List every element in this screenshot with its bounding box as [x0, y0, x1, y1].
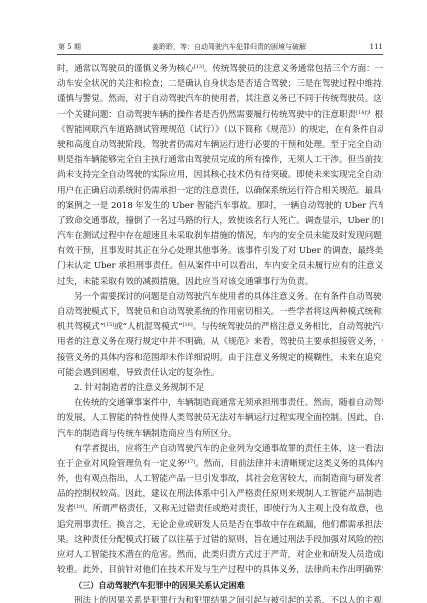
text-span: 用户在正确启动系统时仍需承担一定的注意责任，以确保系统运行符合相关规范。最具代表… [57, 186, 383, 196]
text-line: 在于企业对风险管理负有一定义务[17]。然而，目前法律并未清晰规定这类义务的具体… [57, 457, 383, 472]
running-title: 姜聆聆，等：自动驾驶汽车犯罪归责的困境与破解 [152, 42, 306, 52]
text-line: 汽车的制造商与传统车辆制造商应当有所区分。 [57, 427, 383, 442]
text-span: 汽车的制造商与传统车辆制造商应当有所区分。 [57, 429, 236, 439]
text-line: 外，也有观点指出，人工智能产品一旦引发事故，其社会危害较大，而制造商与研发者对其… [57, 472, 383, 487]
text-line: 可能会遇到困难，导致责任认定的复杂性。 [57, 366, 383, 381]
text-span: 则是指车辆能够完全自主执行通常由驾驶员完成的所有操作，无须人工干涉。但当前技术水… [57, 155, 383, 165]
text-span: 。与传统驾驶员的严格注意义务相比，自动驾驶汽车使 [193, 322, 383, 332]
text-span: 果。这种责任分配模式打破了以往基于过错的原则，旨在通过刑法手段加强对风险的控制，… [57, 535, 383, 545]
text-line: 追究刑事责任。换言之，无论企业或研发人员是否在事故中存在疏漏，他们都需承担法律后 [57, 518, 383, 533]
text-line: 果。这种责任分配模式打破了以往基于过错的原则，旨在通过刑法手段加强对风险的控制，… [57, 533, 383, 548]
text-span: 驶和高度自动驾驶阶段，驾驶者仍需对车辆运行进行必要的干预和处理。至于完全自动驾驶… [57, 140, 383, 150]
text-line: 谨慎与警觉。然而，对于自动驾驶汽车的使用者，其注意义务已不同于传统驾驶员。这引发… [57, 92, 383, 107]
text-span: 自动驾驶模式下，驾驶员和自动驾驶系统的作用密切相关。一些学者将这两种模式统称为“… [57, 307, 383, 317]
citation-ref: [18] [74, 504, 84, 510]
text-span: 门未认定 Uber 承担刑事责任。但从案件中可以看出，车内安全员未履行应有的注意… [57, 261, 383, 271]
page-number: 111 [370, 42, 383, 52]
text-line: 汽车在测试过程中存在超速且未采取刹车措施的情况，车内的安全员未能及时发现问题并采… [57, 229, 383, 244]
text-line: 接管义务的具体内容和范围却未作详细说明。由于注意义务规定的模糊性，未来在追究责任… [57, 351, 383, 366]
text-line: 另一个需要探讨的问题是自动驾驶汽车使用者的具体注意义务。在有条件自动驾驶和高度 [57, 290, 383, 305]
text-span: 可能会遇到困难，导致责任认定的复杂性。 [57, 368, 219, 378]
text-line: 时，通常以驾驶员的谨慎义务为核心[13]。传统驾驶员的注意义务通常包括三个方面：… [57, 62, 383, 77]
text-span: 动车安全状况的关注和检查；二是确认自身状态是否适合驾驶；三是在驾驶过程中维持足够… [57, 79, 383, 89]
text-line: 的案例之一是 2018 年发生的 Uber 智能汽车事故。那时，一辆自动驾驶的 … [57, 199, 383, 214]
text-line: 在传统的交通肇事案件中，车辆制造商通常无须承担刑事责任。然而，随着自动驾驶技术 [57, 396, 383, 411]
text-span: 在于企业对风险管理负有一定义务 [57, 459, 185, 469]
text-line: 一个关键问题：自动驾驶车辆的操作者是否仍然需要履行传统驾驶中的注意职责[14]？… [57, 108, 383, 123]
text-span: 外，也有观点指出，人工智能产品一旦引发事故，其社会危害较大，而制造商与研发者对其… [57, 474, 383, 484]
text-line: 了致命交通事故，撞倒了一名过马路的行人，致使该名行人死亡。调查显示，Uber 的… [57, 214, 383, 229]
text-line: 《智能网联汽车道路测试管理规范（试行）》（以下简称《规范》）的规定，在有条件自动… [57, 123, 383, 138]
citation-ref: [15] [104, 322, 114, 328]
text-span: 了致命交通事故，撞倒了一名过马路的行人，致使该名行人死亡。调查显示，Uber 的… [57, 216, 383, 226]
text-line: 的发展，人工智能的特性使得人类驾驶员无法对车辆运行过程实现全面控制。因此，自动驾… [57, 411, 383, 426]
text-span: 或“人机混驾模式” [114, 322, 183, 332]
text-span: 用者的注意义务在现行规定中并不明确。从《规范》来看，驾驶员主要承担接管义务，但对… [57, 337, 383, 347]
text-line: 有学者提出，应将生产自动驾驶汽车的企业列为交通事故罪的责任主体，这一看法的基础 [57, 442, 383, 457]
text-span: 时，通常以驾驶员的谨慎义务为核心 [57, 64, 194, 74]
article-body: 时，通常以驾驶员的谨慎义务为核心[13]。传统驾驶员的注意义务通常包括三个方面：… [57, 62, 383, 603]
text-span: 的发展，人工智能的特性使得人类驾驶员无法对车辆运行过程实现全面控制。因此，自动驾… [57, 413, 383, 423]
text-span: 一个关键问题：自动驾驶车辆的操作者是否仍然需要履行传统驾驶中的注意职责 [57, 110, 356, 120]
text-span: 汽车在测试过程中存在超速且未采取刹车措施的情况，车内的安全员未能及时发现问题并采… [57, 231, 383, 241]
text-span: 品的控制权较高。因此，建议在刑法体系中引入严格责任原则来规制人工智能产品制造者和… [57, 489, 383, 499]
text-line: 品的控制权较高。因此，建议在刑法体系中引入严格责任原则来规制人工智能产品制造者和… [57, 487, 383, 502]
text-span: 2. 针对制造者的注意义务规制不足 [74, 383, 204, 393]
text-line: 刑法上的因果关系是犯罪行为和犯罪结果之间引起与被引起的关系，不以人的主观意志为 [57, 594, 383, 603]
text-line: 发者[18]。所谓严格责任，又称无过错责任或绝对责任，即使行为人主观上没有故意，… [57, 502, 383, 517]
text-span: 。然而，目前法律并未清晰规定这类义务的具体内容。此 [195, 459, 383, 469]
text-span: 过失，未能采取有效的减损措施，因此应当对该交通肇事行为负责。 [57, 277, 313, 287]
citation-ref: [17] [185, 459, 195, 465]
citation-ref: [13] [194, 64, 204, 70]
text-span: 有学者提出，应将生产自动驾驶汽车的企业列为交通事故罪的责任主体，这一看法的基础 [74, 444, 383, 454]
text-span: 谨慎与警觉。然而，对于自动驾驶汽车的使用者，其注意义务已不同于传统驾驶员。这引发… [57, 94, 383, 104]
citation-ref: [16] [183, 322, 193, 328]
text-line: 动车安全状况的关注和检查；二是确认自身状态是否适合驾驶；三是在驾驶过程中维持足够… [57, 77, 383, 92]
text-span: 另一个需要探讨的问题是自动驾驶汽车使用者的具体注意义务。在有条件自动驾驶和高度 [74, 292, 383, 302]
text-span: 追究刑事责任。换言之，无论企业或研发人员是否在事故中存在疏漏，他们都需承担法律后 [57, 520, 383, 530]
citation-ref: [14] [356, 110, 366, 116]
text-line: 尚未支持完全自动驾驶的实际应用，因其核心技术仍有待突破。即使未来实现完全自动驾驶… [57, 168, 383, 183]
text-span: 较重。此外，目前针对他们在技术开发与生产过程中的具体义务，法律尚未作出明确界定。 [57, 565, 383, 575]
text-line: 较重。此外，目前针对他们在技术开发与生产过程中的具体义务，法律尚未作出明确界定。 [57, 563, 383, 578]
text-span: 。传统驾驶员的注意义务通常包括三个方面：一是对机 [204, 64, 383, 74]
text-line: 机共驾模式”[15]或“人机混驾模式”[16]。与传统驾驶员的严格注意义务相比，… [57, 320, 383, 335]
page-header: 第 5 期 姜聆聆，等：自动驾驶汽车犯罪归责的困境与破解 111 [57, 42, 383, 55]
text-span: （三）自动驾驶汽车犯罪中的因果关系认定困难 [74, 580, 245, 590]
text-span: 接管义务的具体内容和范围却未作详细说明。由于注意义务规定的模糊性，未来在追究责任… [57, 353, 383, 363]
issue-number: 第 5 期 [58, 42, 81, 52]
text-line: 应对人工智能技术潜在的危害。然而，此类归责方式过于严苛，对企业和研发人员造成的负… [57, 548, 383, 563]
text-line: 有效干预，且事发时其正在分心处理其他事务。该事件引发了对 Uber 的调查，最终… [57, 244, 383, 259]
text-span: ？根据 [366, 110, 383, 120]
text-line: 过失，未能采取有效的减损措施，因此应当对该交通肇事行为负责。 [57, 275, 383, 290]
text-span: 刑法上的因果关系是犯罪行为和犯罪结果之间引起与被引起的关系，不以人的主观意志为 [74, 596, 383, 603]
text-span: 在传统的交通肇事案件中，车辆制造商通常无须承担刑事责任。然而，随着自动驾驶技术 [74, 398, 383, 408]
text-span: 机共驾模式” [57, 322, 104, 332]
text-span: 发者 [57, 504, 74, 514]
text-span: 尚未支持完全自动驾驶的实际应用，因其核心技术仍有待突破。即使未来实现完全自动驾驶… [57, 170, 383, 180]
text-line: 用者的注意义务在现行规定中并不明确。从《规范》来看，驾驶员主要承担接管义务，但对… [57, 335, 383, 350]
text-line: 自动驾驶模式下，驾驶员和自动驾驶系统的作用密切相关。一些学者将这两种模式统称为“… [57, 305, 383, 320]
text-span: 的案例之一是 2018 年发生的 Uber 智能汽车事故。那时，一辆自动驾驶的 … [57, 201, 383, 211]
text-line: 2. 针对制造者的注意义务规制不足 [57, 381, 383, 396]
text-span: 应对人工智能技术潜在的危害。然而，此类归责方式过于严苛，对企业和研发人员造成的负… [57, 550, 383, 560]
text-span: 。所谓严格责任，又称无过错责任或绝对责任，即使行为人主观上没有故意，也可能被 [84, 504, 383, 514]
text-line: 则是指车辆能够完全自主执行通常由驾驶员完成的所有操作，无须人工干涉。但当前技术水… [57, 153, 383, 168]
text-line: 门未认定 Uber 承担刑事责任。但从案件中可以看出，车内安全员未履行应有的注意… [57, 259, 383, 274]
text-span: 《智能网联汽车道路测试管理规范（试行）》（以下简称《规范》）的规定，在有条件自动… [57, 125, 383, 135]
text-span: 有效干预，且事发时其正在分心处理其他事务。该事件引发了对 Uber 的调查，最终… [57, 246, 383, 256]
text-line: 用户在正确启动系统时仍需承担一定的注意责任，以确保系统运行符合相关规范。最具代表… [57, 184, 383, 199]
text-line: 驶和高度自动驾驶阶段，驾驶者仍需对车辆运行进行必要的干预和处理。至于完全自动驾驶… [57, 138, 383, 153]
section-heading: （三）自动驾驶汽车犯罪中的因果关系认定困难 [57, 578, 383, 593]
